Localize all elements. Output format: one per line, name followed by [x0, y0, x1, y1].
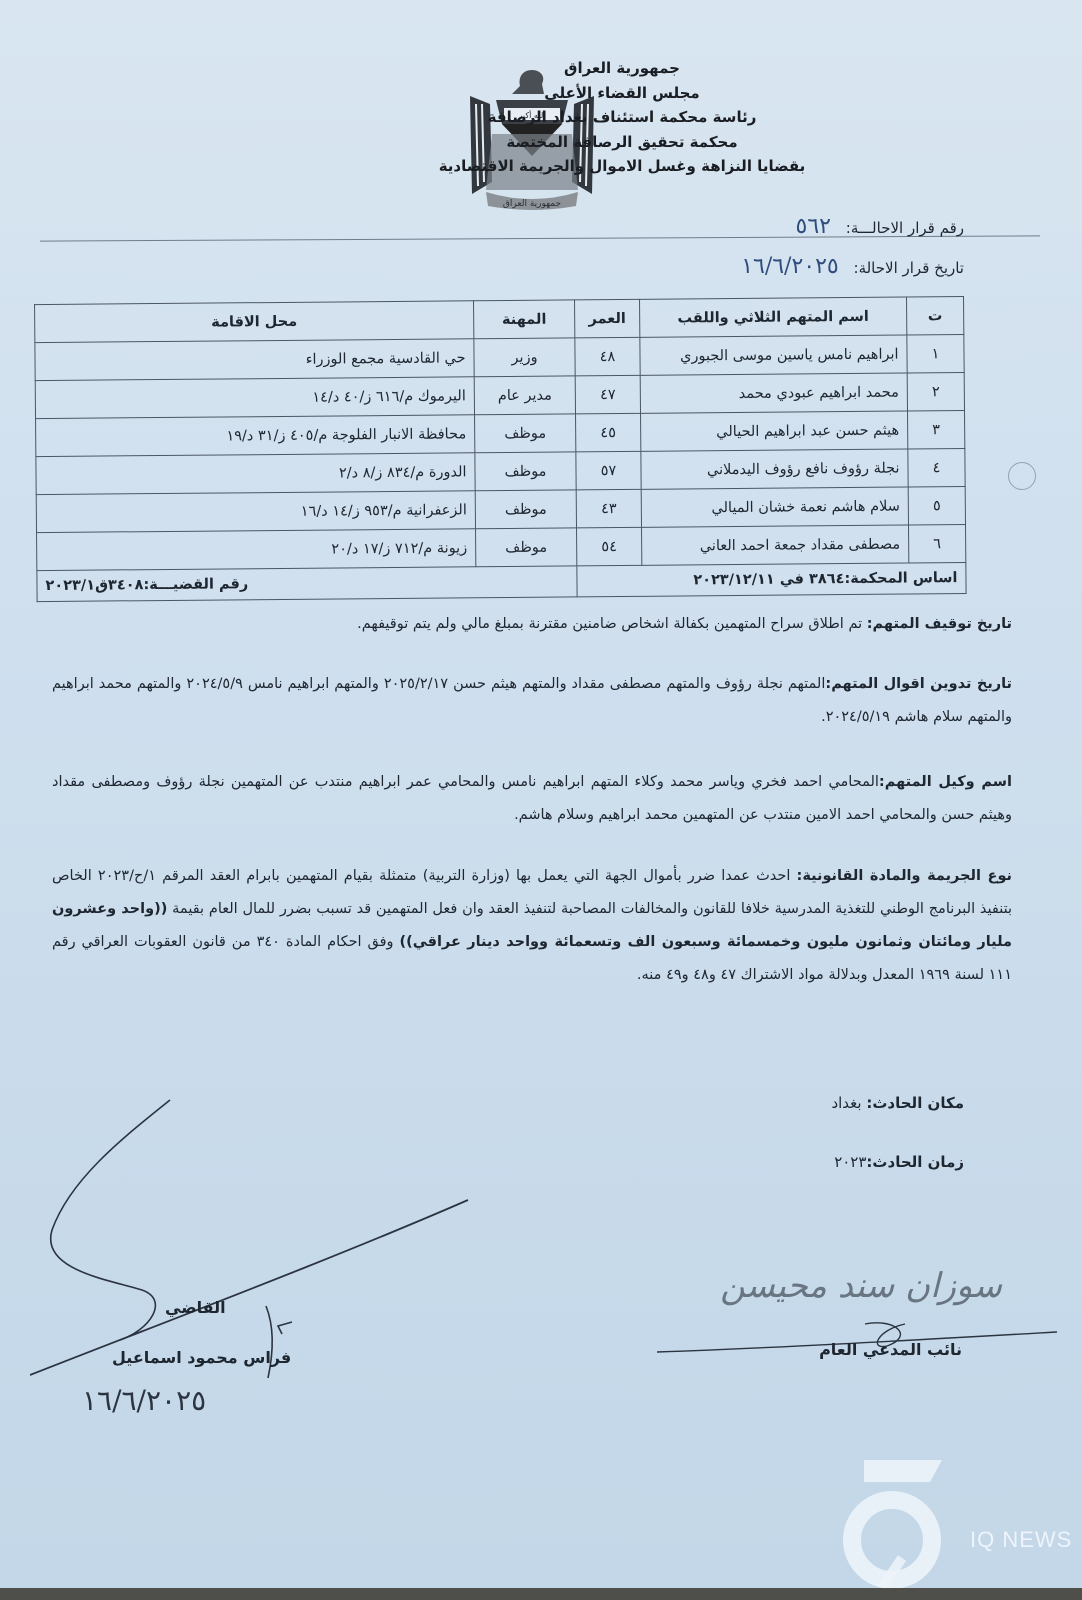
crime-section: نوع الجريمة والمادة القانونية: احدث عمدا… [52, 860, 1012, 992]
cell-address: الدورة م/٨٣٤ ز/٨ د/٢ [36, 453, 475, 495]
cell-index: ٢ [907, 373, 964, 411]
referral-date-label: تاريخ قرار الاحالة: [854, 259, 964, 277]
cell-age: ٤٨ [575, 337, 640, 376]
arrest-label: تاريخ توقيف المتهم: [867, 616, 1012, 632]
col-header-index: ت [907, 297, 964, 335]
arrest-text: تم اطلاق سراح المتهمين بكفالة اشخاص ضامن… [357, 616, 867, 632]
cell-name: محمد ابراهيم عبودي محمد [640, 373, 907, 413]
court-basis: اساس المحكمة:٣٨٦٤ في ٢٠٢٣/١٢/١١ [577, 562, 966, 596]
col-header-name: اسم المتهم الثلاثي واللقب [640, 297, 907, 337]
prosecutor-title: نائب المدعي العام [819, 1340, 962, 1359]
crime-label: نوع الجريمة والمادة القانونية: [797, 868, 1012, 884]
court-header: جمهورية العراق مجلس القضاء الأعلى رئاسة … [412, 56, 832, 179]
document-page: الله أكبر جمهورية العراق جمهورية العراق … [0, 0, 1082, 1588]
header-line-4: محكمة تحقيق الرصافة المختصة [412, 130, 832, 155]
cell-index: ٦ [908, 524, 965, 562]
incident-place: مكان الحادث: بغداد [831, 1094, 964, 1112]
case-number: رقم القضيـــة:٣٤٠٨ق٢٠٢٣/١ [37, 566, 577, 602]
statements-section: تاريخ تدوين اقوال المتهم:المتهم نجلة رؤو… [52, 668, 1012, 734]
cell-occupation: موظف [475, 414, 576, 453]
judge-title: القاضي [165, 1298, 226, 1317]
cell-occupation: موظف [476, 528, 577, 567]
watermark-brand: IQ NEWS [970, 1527, 1072, 1553]
cell-occupation: وزير [474, 338, 575, 377]
referral-date: تاريخ قرار الاحالة: ١٦/٦/٢٠٢٥ [741, 254, 964, 279]
cell-name: هيثم حسن عبد ابراهيم الحيالي [641, 411, 908, 451]
cell-address: زيونة م/٧١٢ ز/١٧ د/٢٠ [37, 529, 476, 571]
accused-table: ت اسم المتهم الثلاثي واللقب العمر المهنة… [34, 296, 967, 602]
cell-age: ٥٤ [577, 527, 642, 566]
lawyer-text: المحامي احمد فخري وياسر محمد وكلاء المته… [52, 774, 1012, 823]
judge-name: فراس محمود اسماعيل [112, 1348, 291, 1367]
cell-index: ٥ [908, 486, 965, 524]
lawyer-label: اسم وكيل المتهم: [879, 774, 1012, 790]
col-header-age: العمر [575, 299, 640, 338]
header-line-2: مجلس القضاء الأعلى [412, 81, 832, 106]
cell-index: ١ [907, 335, 964, 373]
time-value: ٢٠٢٣ [834, 1153, 866, 1171]
place-value: بغداد [831, 1094, 866, 1112]
statements-label: تاريخ تدوين اقوال المتهم: [825, 676, 1012, 692]
cell-name: نجلة رؤوف نافع رؤوف اليدملاني [641, 449, 908, 489]
referral-date-value: ١٦/٦/٢٠٢٥ [741, 254, 839, 279]
cell-address: حي القادسية مجمع الوزراء [35, 339, 474, 381]
referral-number: رقم قرار الاحالـــة: ٥٦٢ [796, 214, 964, 239]
cell-name: مصطفى مقداد جمعة احمد العاني [642, 525, 909, 565]
place-label: مكان الحادث: [866, 1094, 964, 1112]
cell-address: محافظة الانبار الفلوجة م/٤٠٥ ز/٣١ د/١٩ [36, 415, 475, 457]
cell-address: اليرموك م/٦١٦ ز/٤٠ د/١٤ [35, 377, 474, 419]
col-header-address: محل الاقامة [35, 301, 474, 343]
referral-number-label: رقم قرار الاحالـــة: [846, 219, 964, 237]
header-line-5: بقضايا النزاهة وغسل الاموال والجريمة الا… [412, 154, 832, 179]
incident-time: زمان الحادث:٢٠٢٣ [834, 1153, 964, 1171]
lawyer-section: اسم وكيل المتهم:المحامي احمد فخري وياسر … [52, 766, 1012, 832]
cell-index: ٤ [908, 448, 965, 486]
time-label: زمان الحادث: [866, 1153, 964, 1171]
background-surface [0, 1588, 1082, 1600]
iq-news-logo-icon [842, 1448, 952, 1588]
header-line-3: رئاسة محكمة استئناف بغداد الرصافة [412, 105, 832, 130]
svg-text:جمهورية العراق: جمهورية العراق [503, 199, 561, 209]
cell-age: ٤٣ [576, 489, 641, 528]
arrest-section: تاريخ توقيف المتهم: تم اطلاق سراح المتهم… [52, 608, 1012, 641]
cell-index: ٣ [908, 411, 965, 449]
cell-address: الزعفرانية م/٩٥٣ ز/١٤ د/١٦ [36, 491, 475, 533]
judge-signing-date: ١٦/٦/٢٠٢٥ [82, 1384, 206, 1417]
margin-mark [1008, 462, 1036, 490]
header-line-1: جمهورية العراق [412, 56, 832, 81]
cell-age: ٤٥ [576, 413, 641, 452]
cell-occupation: موظف [475, 490, 576, 529]
prosecutor-stamp-signature: سوزان سند محيسن [720, 1266, 1002, 1306]
cell-age: ٤٧ [575, 375, 640, 414]
cell-occupation: مدير عام [474, 376, 575, 415]
cell-name: ابراهيم نامس ياسين موسى الجبوري [640, 335, 907, 375]
cell-occupation: موظف [475, 452, 576, 491]
cell-age: ٥٧ [576, 451, 641, 490]
col-header-occupation: المهنة [474, 300, 575, 339]
referral-number-value: ٥٦٢ [796, 214, 831, 239]
cell-name: سلام هاشم نعمة خشان الميالي [641, 487, 908, 527]
judge-signature-icon [30, 1090, 470, 1380]
